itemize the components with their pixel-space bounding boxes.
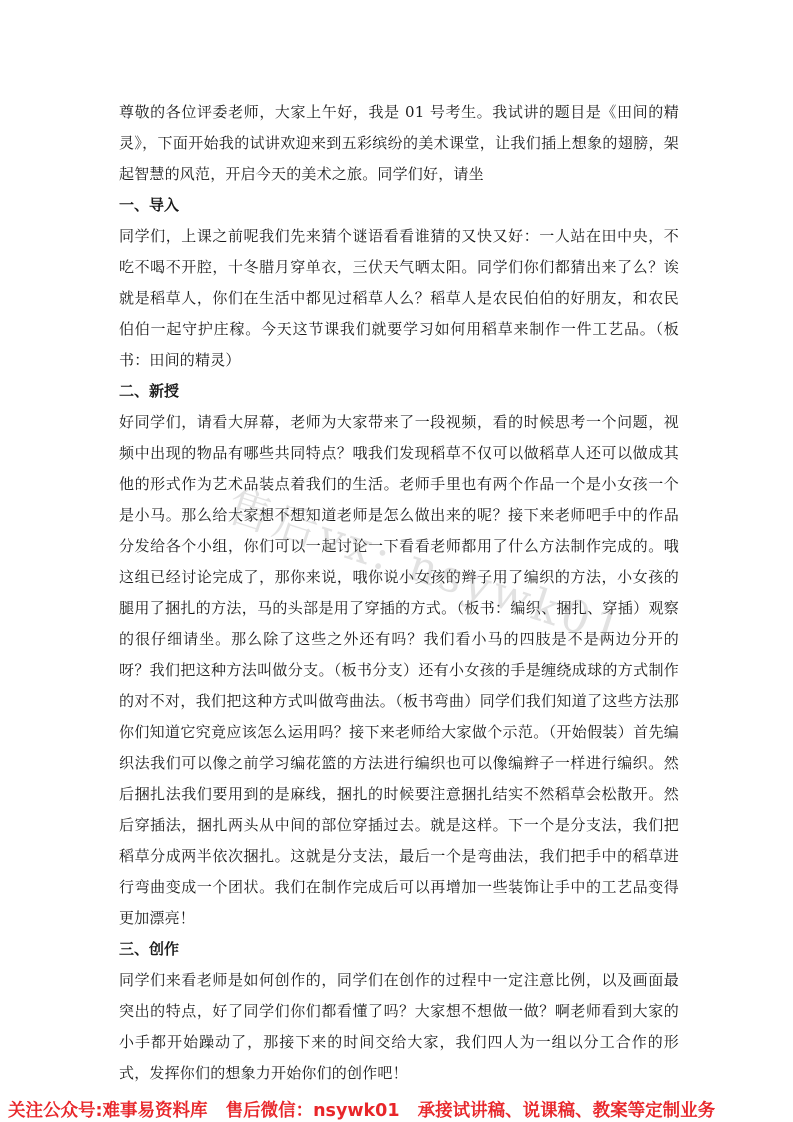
section-heading-new-lesson: 二、新授 bbox=[119, 376, 679, 407]
section-body-creation: 同学们来看老师是如何创作的，同学们在创作的过程中一定注意比例，以及画面最突出的特… bbox=[119, 965, 679, 1089]
section-heading-creation: 三、创作 bbox=[119, 934, 679, 965]
footer-wechat-text: 售后微信：nsywk01 bbox=[226, 1101, 400, 1121]
section-body-intro: 同学们，上课之前呢我们先来猜个谜语看看谁猜的又快又好：一人站在田中央，不吃不喝不… bbox=[119, 221, 679, 376]
footer-banner: 关注公众号:难事易资料库 售后微信：nsywk01 承接试讲稿、说课稿、教案等定… bbox=[8, 1097, 788, 1122]
document-page: 尊敬的各位评委老师，大家上午好，我是 01 号考生。我试讲的题目是《田间的精灵》… bbox=[119, 97, 679, 1089]
section-body-new-lesson: 好同学们，请看大屏幕，老师为大家带来了一段视频，看的时候思考一个问题，视频中出现… bbox=[119, 407, 679, 934]
section-heading-intro: 一、导入 bbox=[119, 190, 679, 221]
intro-paragraph: 尊敬的各位评委老师，大家上午好，我是 01 号考生。我试讲的题目是《田间的精灵》… bbox=[119, 97, 679, 190]
footer-service-text: 承接试讲稿、说课稿、教案等定制业务 bbox=[418, 1101, 716, 1121]
footer-follow-text: 关注公众号:难事易资料库 bbox=[8, 1101, 208, 1121]
